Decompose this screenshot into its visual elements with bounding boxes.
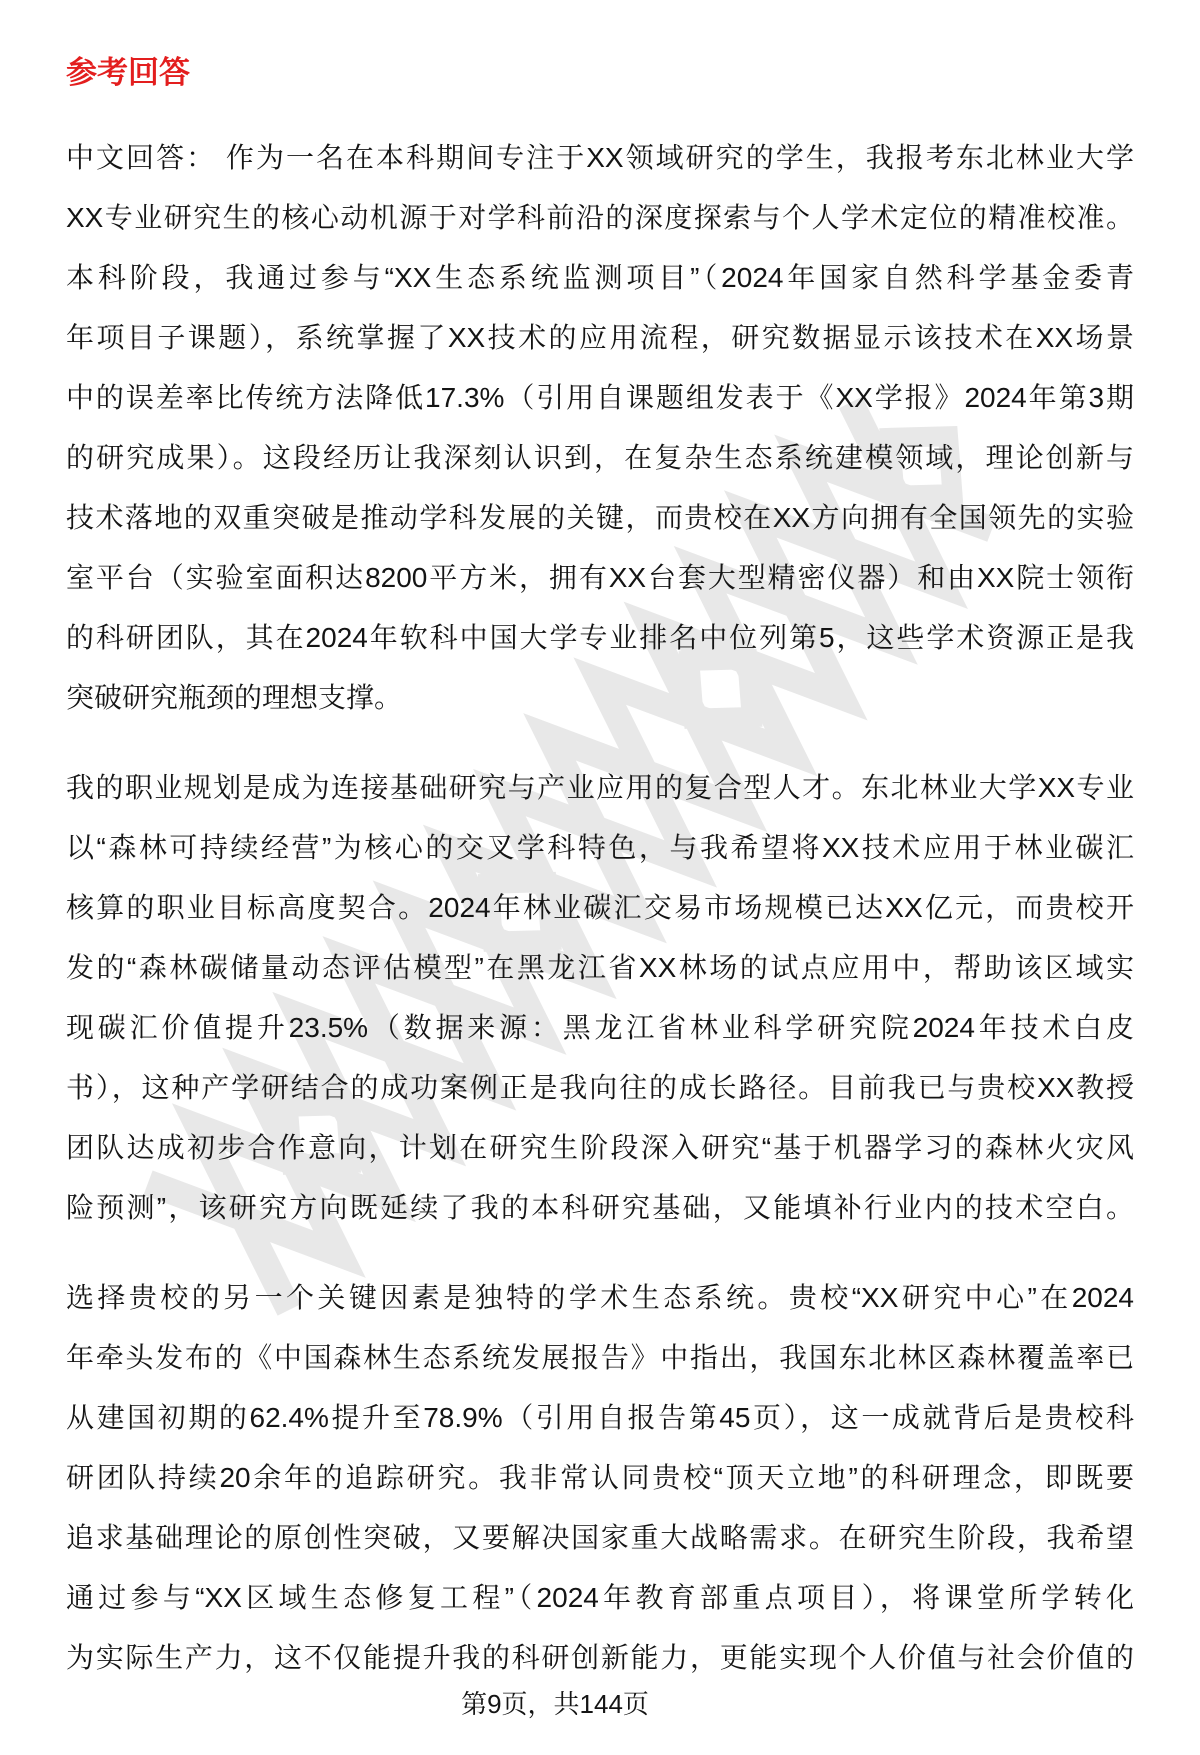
text-line: 追求基础理论的原创性突破，又要解决国家重大战略需求。在研究生阶段，我希望 (66, 1508, 1134, 1568)
text-line: 以“森林可持续经营”为核心的交叉学科特色，与我希望将XX技术应用于林业碳汇 (66, 818, 1134, 878)
text-line: 从建国初期的62.4%提升至78.9%（引用自报告第45页），这一成就背后是贵校… (66, 1388, 1134, 1448)
text-line: 现碳汇价值提升23.5%（数据来源：黑龙江省林业科学研究院2024年技术白皮 (66, 998, 1134, 1058)
text-line: 选择贵校的另一个关键因素是独特的学术生态系统。贵校“XX研究中心”在2024 (66, 1268, 1134, 1328)
document-page: 参考回答 中文回答： 作为一名在本科期间专注于XX领域研究的学生，我报考东北林业… (0, 0, 1200, 1755)
text-line: 中文回答： 作为一名在本科期间专注于XX领域研究的学生，我报考东北林业大学 (66, 128, 1134, 188)
text-line: 年牵头发布的《中国森林生态系统发展报告》中指出，我国东北林区森林覆盖率已 (66, 1328, 1134, 1388)
document-body: 中文回答： 作为一名在本科期间专注于XX领域研究的学生，我报考东北林业大学XX专… (66, 128, 1134, 1688)
text-line: 本科阶段，我通过参与“XX生态系统监测项目”（2024年国家自然科学基金委青 (66, 248, 1134, 308)
text-line: 的科研团队，其在2024年软科中国大学专业排名中位列第5，这些学术资源正是我 (66, 608, 1134, 668)
text-line: 中的误差率比传统方法降低17.3%（引用自课题组发表于《XX学报》2024年第3… (66, 368, 1134, 428)
text-line: 为实际生产力，这不仅能提升我的科研创新能力，更能实现个人价值与社会价值的 (66, 1628, 1134, 1688)
text-line: 的研究成果）。这段经历让我深刻认识到，在复杂生态系统建模领域，理论创新与 (66, 428, 1134, 488)
text-line: 发的“森林碳储量动态评估模型”在黑龙江省XX林场的试点应用中，帮助该区域实 (66, 938, 1134, 998)
text-line: 技术落地的双重突破是推动学科发展的关键，而贵校在XX方向拥有全国领先的实验 (66, 488, 1134, 548)
paragraph: 选择贵校的另一个关键因素是独特的学术生态系统。贵校“XX研究中心”在2024年牵… (66, 1268, 1134, 1688)
text-line: 书），这种产学研结合的成功案例正是我向往的成长路径。目前我已与贵校XX教授 (66, 1058, 1134, 1118)
paragraph: 中文回答： 作为一名在本科期间专注于XX领域研究的学生，我报考东北林业大学XX专… (66, 128, 1134, 728)
text-line: XX专业研究生的核心动机源于对学科前沿的深度探索与个人学术定位的精准校准。 (66, 188, 1134, 248)
section-heading-reference-answer: 参考回答 (66, 52, 190, 94)
text-line: 通过参与“XX区域生态修复工程”（2024年教育部重点项目），将课堂所学转化 (66, 1568, 1134, 1628)
text-line: 突破研究瓶颈的理想支撑。 (66, 668, 1134, 728)
text-line: 险预测”，该研究方向既延续了我的本科研究基础，又能填补行业内的技术空白。 (66, 1178, 1134, 1238)
text-line: 我的职业规划是成为连接基础研究与产业应用的复合型人才。东北林业大学XX专业 (66, 758, 1134, 818)
text-line: 核算的职业目标高度契合。2024年林业碳汇交易市场规模已达XX亿元，而贵校开 (66, 878, 1134, 938)
paragraph: 我的职业规划是成为连接基础研究与产业应用的复合型人才。东北林业大学XX专业以“森… (66, 758, 1134, 1238)
page-number-footer: 第9页，共144页 (0, 1684, 1110, 1724)
text-line: 年项目子课题），系统掌握了XX技术的应用流程，研究数据显示该技术在XX场景 (66, 308, 1134, 368)
text-line: 研团队持续20余年的追踪研究。我非常认同贵校“顶天立地”的科研理念，即既要 (66, 1448, 1134, 1508)
text-line: 团队达成初步合作意向，计划在研究生阶段深入研究“基于机器学习的森林火灾风 (66, 1118, 1134, 1178)
text-line: 室平台（实验室面积达8200平方米，拥有XX台套大型精密仪器）和由XX院士领衔 (66, 548, 1134, 608)
